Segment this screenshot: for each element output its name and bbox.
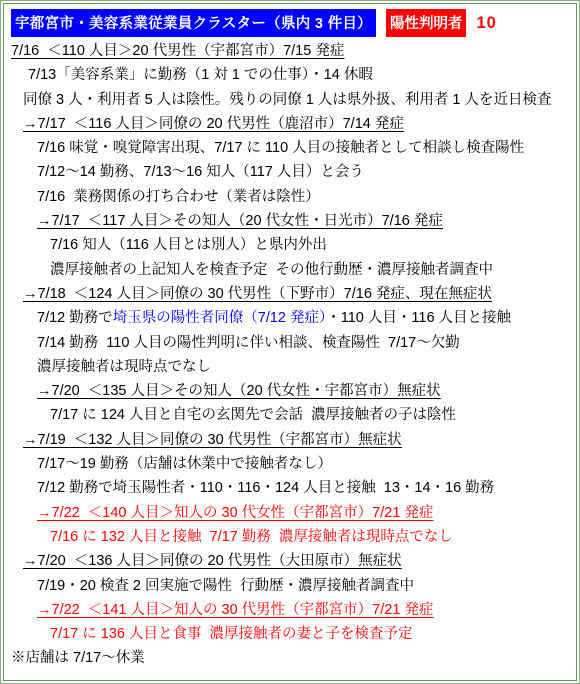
case-headline: →7/22 ＜140 人目＞知人の 30 代女性（宇都宮市）7/21 発症 bbox=[4, 501, 572, 525]
line-text: →7/17 ＜117 人目＞その知人（20 代女性・日光市）7/16 発症 bbox=[37, 213, 443, 229]
case-headline: 7/16 ＜110 人目＞20 代男性（宇都宮市）7/15 発症 bbox=[4, 39, 572, 63]
case-detail: 7/17～19 勤務（店舗は休業中で接触者なし） bbox=[4, 452, 572, 476]
case-detail: 7/12 勤務で埼玉県の陽性者同僚（7/12 発症）・110 人目・116 人目… bbox=[4, 306, 572, 330]
line-text: 7/12 勤務で埼玉陽性者・110・116・124 人目と接触 13・14・16… bbox=[37, 480, 494, 496]
case-detail: 7/12 勤務で埼玉陽性者・110・116・124 人目と接触 13・14・16… bbox=[4, 476, 572, 500]
case-detail: 7/14 勤務 110 人目の陽性判明に伴い相談、検査陽性 7/17～欠勤 bbox=[4, 331, 572, 355]
case-headline: →7/17 ＜116 人目＞同僚の 20 代男性（鹿沼市）7/14 発症 bbox=[4, 112, 572, 136]
line-text: 7/12～14 勤務、7/13～16 知人（117 人目）と会う bbox=[37, 164, 364, 180]
case-detail: 7/19・20 検査 2 回実施で陽性 行動歴・濃厚接触者調査中 bbox=[4, 574, 572, 598]
line-text: →7/20 ＜135 人目＞その知人（20 代女性・宇都宮市）無症状 bbox=[37, 383, 441, 399]
line-text: 7/12 勤務で bbox=[37, 310, 113, 326]
case-detail: ※店舗は 7/17～休業 bbox=[4, 646, 572, 670]
case-detail: 同僚 3 人・利用者 5 人は陰性。残りの同僚 1 人は県外扱、利用者 1 人を… bbox=[4, 88, 572, 112]
case-detail: 濃厚接触者は現時点でなし bbox=[4, 355, 572, 379]
case-detail: 7/16 に 132 人目と接触 7/17 勤務 濃厚接触者は現時点でなし bbox=[4, 525, 572, 549]
line-text: →7/17 ＜116 人目＞同僚の 20 代男性（鹿沼市）7/14 発症 bbox=[23, 116, 404, 132]
line-text: 7/16 ＜110 人目＞20 代男性（宇都宮市）7/15 発症 bbox=[11, 43, 344, 59]
line-text: →7/22 ＜140 人目＞知人の 30 代女性（宇都宮市）7/21 発症 bbox=[37, 505, 433, 521]
case-detail: 7/17 に 136 人目と食事 濃厚接触者の妻と子を検査予定 bbox=[4, 622, 572, 646]
line-text: 7/16 知人（116 人目とは別人）と県内外出 bbox=[50, 237, 327, 253]
line-text: 7/16 味覚・嗅覚障害出現、7/17 に 110 人目の接触者として相談し検査… bbox=[37, 140, 524, 156]
case-headline: →7/19 ＜132 人目＞同僚の 30 代男性（宇都宮市）無症状 bbox=[4, 428, 572, 452]
case-detail: 7/13「美容系業」に勤務（1 対 1 での仕事）・14 休暇 bbox=[4, 63, 572, 87]
case-detail: 7/16 味覚・嗅覚障害出現、7/17 に 110 人目の接触者として相談し検査… bbox=[4, 136, 572, 160]
case-headline: →7/22 ＜141 人目＞知人の 30 代男性（宇都宮市）7/21 発症 bbox=[4, 598, 572, 622]
case-headline: →7/18 ＜124 人目＞同僚の 30 代男性（下野市）7/16 発症、現在無… bbox=[4, 282, 572, 306]
line-text: 7/17 に 124 人目と自宅の玄関先で会話 濃厚接触者の子は陰性 bbox=[50, 407, 456, 423]
case-detail: 7/12～14 勤務、7/13～16 知人（117 人目）と会う bbox=[4, 160, 572, 184]
line-text: 7/14 勤務 110 人目の陽性判明に伴い相談、検査陽性 7/17～欠勤 bbox=[37, 335, 460, 351]
line-text: 7/16 に 132 人目と接触 7/17 勤務 濃厚接触者は現時点でなし bbox=[50, 529, 453, 545]
case-detail: 7/16 業務関係の打ち合わせ（業者は陰性） bbox=[4, 185, 572, 209]
line-text: →7/18 ＜124 人目＞同僚の 30 代男性（下野市）7/16 発症、現在無… bbox=[23, 286, 492, 302]
line-text: →7/19 ＜132 人目＞同僚の 30 代男性（宇都宮市）無症状 bbox=[23, 432, 402, 448]
positive-confirmed-label: 陽性判明者 bbox=[386, 9, 467, 37]
line-text: 同僚 3 人・利用者 5 人は陰性。残りの同僚 1 人は県外扱、利用者 1 人を… bbox=[23, 92, 551, 108]
line-text: 7/13「美容系業」に勤務（1 対 1 での仕事）・14 休暇 bbox=[28, 67, 373, 83]
case-headline: →7/17 ＜117 人目＞その知人（20 代女性・日光市）7/16 発症 bbox=[4, 209, 572, 233]
line-text: ・110 人目・116 人目と接触 bbox=[326, 310, 511, 326]
case-detail: 濃厚接触者の上記知人を検査予定 その他行動歴・濃厚接触者調査中 bbox=[4, 258, 572, 282]
line-text: 埼玉県の陽性者同僚（7/12 発症） bbox=[113, 310, 327, 326]
positive-count: 10 bbox=[476, 14, 496, 33]
case-headline: →7/20 ＜135 人目＞その知人（20 代女性・宇都宮市）無症状 bbox=[4, 379, 572, 403]
line-text: 7/16 業務関係の打ち合わせ（業者は陰性） bbox=[37, 189, 320, 205]
case-timeline: 7/16 ＜110 人目＞20 代男性（宇都宮市）7/15 発症7/13「美容系… bbox=[4, 39, 572, 671]
line-text: →7/22 ＜141 人目＞知人の 30 代男性（宇都宮市）7/21 発症 bbox=[37, 602, 433, 618]
case-detail: 7/16 知人（116 人目とは別人）と県内外出 bbox=[4, 233, 572, 257]
line-text: 濃厚接触者は現時点でなし bbox=[37, 359, 211, 375]
line-text: 濃厚接触者の上記知人を検査予定 その他行動歴・濃厚接触者調査中 bbox=[50, 262, 493, 278]
case-detail: 7/17 に 124 人目と自宅の玄関先で会話 濃厚接触者の子は陰性 bbox=[4, 403, 572, 427]
line-text: 7/17 に 136 人目と食事 濃厚接触者の妻と子を検査予定 bbox=[50, 626, 413, 642]
case-headline: →7/20 ＜136 人目＞同僚の 20 代男性（大田原市）無症状 bbox=[4, 549, 572, 573]
document-page: 宇都宮市・美容系業従業員クラスター（県内 3 件目） 陽性判明者 10 7/16… bbox=[0, 0, 580, 684]
line-text: 7/17～19 勤務（店舗は休業中で接触者なし） bbox=[37, 456, 332, 472]
cluster-title: 宇都宮市・美容系業従業員クラスター（県内 3 件目） bbox=[11, 9, 376, 37]
header: 宇都宮市・美容系業従業員クラスター（県内 3 件目） 陽性判明者 10 bbox=[11, 10, 572, 36]
line-text: 7/19・20 検査 2 回実施で陽性 行動歴・濃厚接触者調査中 bbox=[37, 578, 414, 594]
line-text: →7/20 ＜136 人目＞同僚の 20 代男性（大田原市）無症状 bbox=[23, 553, 402, 569]
document-frame: 宇都宮市・美容系業従業員クラスター（県内 3 件目） 陽性判明者 10 7/16… bbox=[3, 3, 577, 681]
line-text: ※店舗は 7/17～休業 bbox=[11, 650, 145, 666]
